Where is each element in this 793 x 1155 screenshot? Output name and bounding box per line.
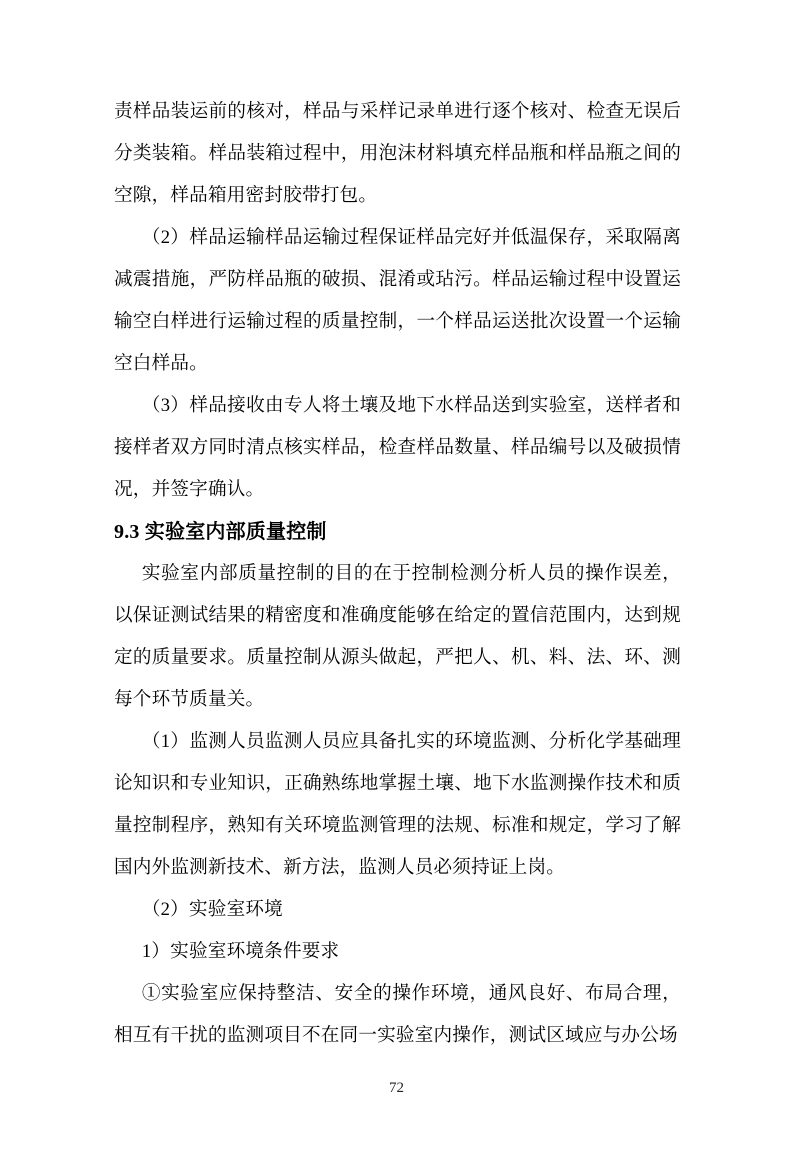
text-column: 责样品装运前的核对，样品与采样记录单进行逐个核对、检查无误后分类装箱。样品装箱过… [114, 91, 681, 1057]
document-page: 责样品装运前的核对，样品与采样记录单进行逐个核对、检查无误后分类装箱。样品装箱过… [0, 0, 793, 1155]
section-heading-9-3: 9.3 实验室内部质量控制 [114, 511, 681, 553]
paragraph-lab-cleanliness: ①实验室应保持整洁、安全的操作环境，通风良好、布局合理，相互有干扰的监测项目不在… [114, 973, 681, 1057]
paragraph-lab-environment-requirements: 1）实验室环境条件要求 [114, 931, 681, 973]
paragraph-sample-packing: 责样品装运前的核对，样品与采样记录单进行逐个核对、检查无误后分类装箱。样品装箱过… [114, 91, 681, 217]
page-number: 72 [389, 1080, 404, 1096]
page-footer: 72 [0, 1078, 793, 1098]
paragraph-sample-reception: （3）样品接收由专人将土壤及地下水样品送到实验室，送样者和接样者双方同时清点核实… [114, 385, 681, 511]
paragraph-lab-environment: （2）实验室环境 [114, 889, 681, 931]
paragraph-qc-purpose: 实验室内部质量控制的目的在于控制检测分析人员的操作误差，以保证测试结果的精密度和… [114, 553, 681, 721]
paragraph-sample-transport: （2）样品运输样品运输过程保证样品完好并低温保存，采取隔离减震措施，严防样品瓶的… [114, 217, 681, 385]
paragraph-monitoring-personnel: （1）监测人员监测人员应具备扎实的环境监测、分析化学基础理论知识和专业知识，正确… [114, 721, 681, 889]
